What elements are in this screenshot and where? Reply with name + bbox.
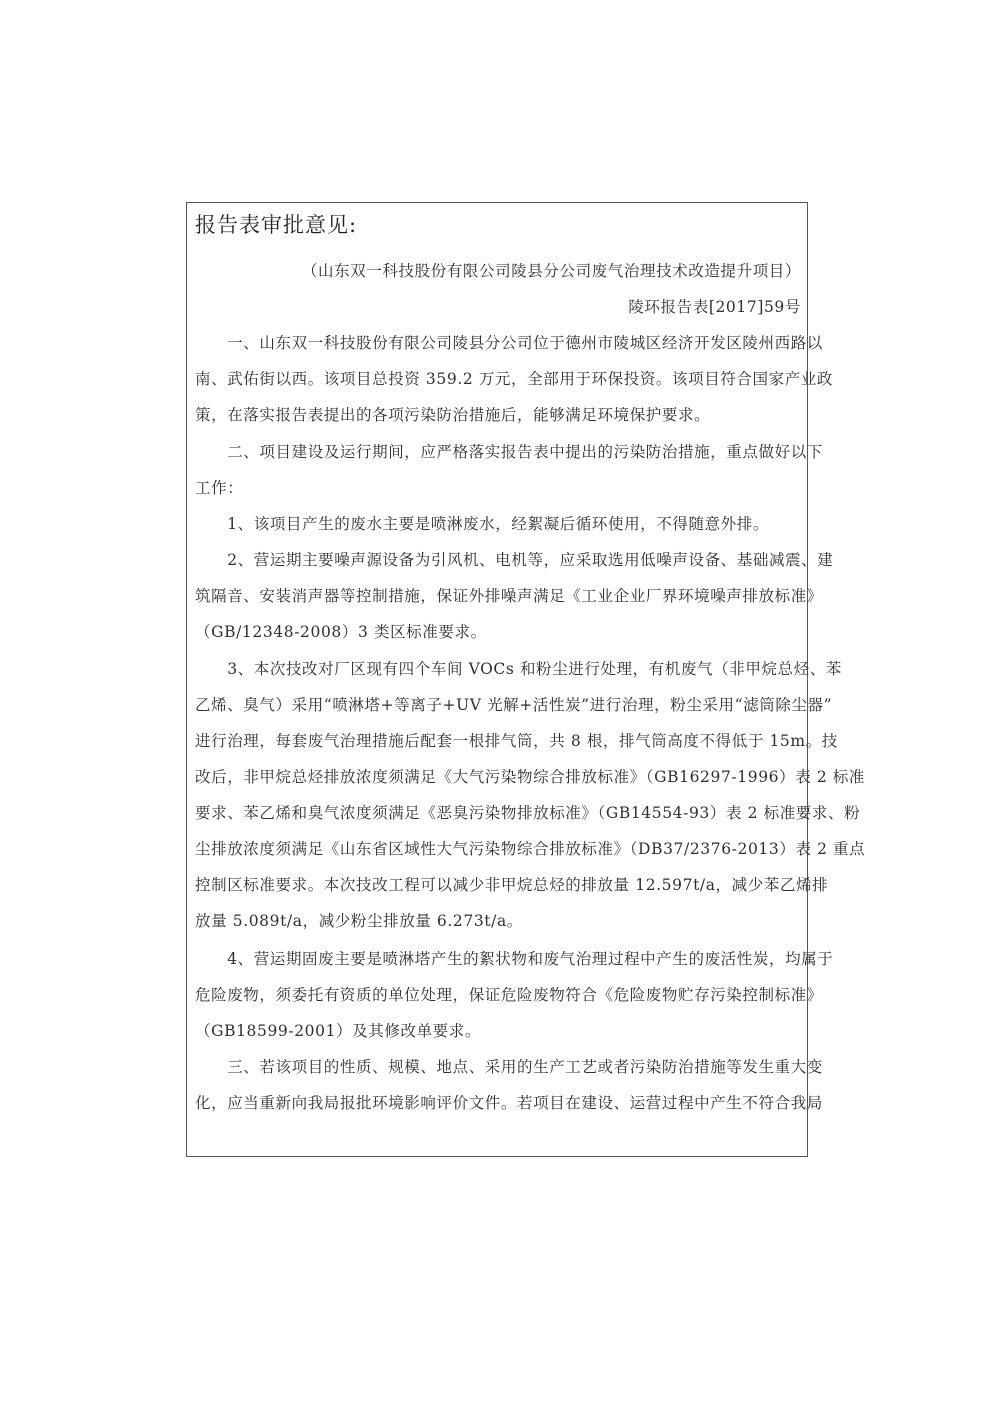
paragraph-line: 策，在落实报告表提出的各项污染防治措施后，能够满足环境保护要求。	[195, 405, 799, 425]
paragraph-line: 4、营运期固废主要是喷淋塔产生的絮状物和废气治理过程中产生的废活性炭，均属于	[195, 949, 799, 969]
paragraph-line: 乙烯、臭气）采用“喷淋塔+等离子+UV 光解+活性炭”进行治理，粉尘采用“滤筒除…	[195, 695, 799, 715]
approval-opinion-box: 报告表审批意见: （山东双一科技股份有限公司陵县分公司废气治理技术改造提升项目）…	[186, 202, 808, 1157]
paragraph-line: 3、本次技改对厂区现有四个车间 VOCs 和粉尘进行处理，有机废气（非甲烷总烃、…	[195, 659, 799, 679]
paragraph-line: 南、武佑街以西。该项目总投资 359.2 万元，全部用于环保投资。该项目符合国家…	[195, 369, 799, 389]
paragraph-line: 化，应当重新向我局报批环境影响评价文件。若项目在建设、运营过程中产生不符合我局	[195, 1093, 799, 1113]
paragraph-line: （GB/12348-2008）3 类区标准要求。	[195, 622, 799, 642]
paragraph-line: 2、营运期主要噪声源设备为引风机、电机等，应采取选用低噪声设备、基础减震、建	[195, 550, 799, 570]
section-title: 报告表审批意见:	[195, 209, 357, 239]
paragraph-line: 进行治理，每套废气治理措施后配套一根排气筒，共 8 根，排气筒高度不得低于 15…	[195, 731, 799, 751]
paragraph-line: 尘排放浓度须满足《山东省区域性大气污染物综合排放标准》（DB37/2376-20…	[195, 839, 799, 859]
paragraph-line: （GB18599-2001）及其修改单要求。	[195, 1021, 799, 1041]
project-name: （山东双一科技股份有限公司陵县分公司废气治理技术改造提升项目）	[197, 261, 801, 281]
paragraph-line: 筑隔音、安装消声器等控制措施，保证外排噪声满足《工业企业厂界环境噪声排放标准》	[195, 586, 799, 606]
paragraph-line: 要求、苯乙烯和臭气浓度须满足《恶臭污染物排放标准》（GB14554-93）表 2…	[195, 803, 799, 823]
paragraph-line: 控制区标准要求。本次技改工程可以减少非甲烷总烃的排放量 12.597t/a，减少…	[195, 875, 799, 895]
paragraph-line: 工作：	[195, 478, 799, 498]
paragraph-line: 一、山东双一科技股份有限公司陵县分公司位于德州市陵城区经济开发区陵州西路以	[195, 333, 799, 353]
paragraph-line: 二、项目建设及运行期间，应严格落实报告表中提出的污染防治措施，重点做好以下	[195, 442, 799, 462]
paragraph-line: 三、若该项目的性质、规模、地点、采用的生产工艺或者污染防治措施等发生重大变	[195, 1057, 799, 1077]
paragraph-line: 1、该项目产生的废水主要是喷淋废水，经絮凝后循环使用，不得随意外排。	[195, 514, 799, 534]
document-number: 陵环报告表[2017]59号	[197, 297, 801, 317]
paragraph-line: 危险废物，须委托有资质的单位处理，保证危险废物符合《危险废物贮存污染控制标准》	[195, 985, 799, 1005]
paragraph-line: 放量 5.089t/a，减少粉尘排放量 6.273t/a。	[195, 911, 799, 931]
paragraph-line: 改后，非甲烷总烃排放浓度须满足《大气污染物综合排放标准》（GB16297-199…	[195, 767, 799, 787]
